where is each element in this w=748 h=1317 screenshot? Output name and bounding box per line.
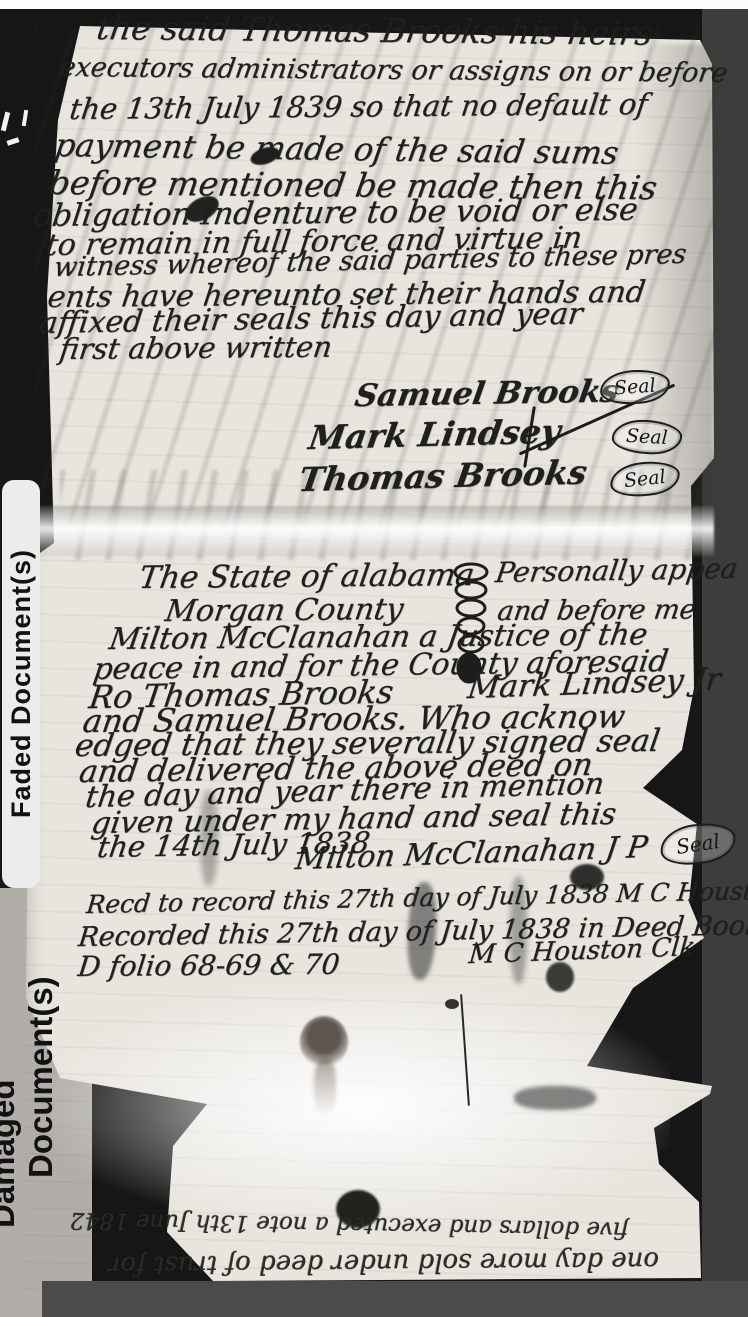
edge-tick-mark <box>1 112 10 132</box>
faded-document-stamp-label: Faded Document(s) <box>6 549 37 818</box>
signature-samuel-brooks: Samuel Brooks <box>352 373 621 414</box>
handwriting-line: Personally appea <box>493 552 740 589</box>
faded-document-stamp: Faded Document(s) <box>2 480 40 888</box>
edge-tick-mark <box>7 137 20 145</box>
handwriting-line: The State of alabama <box>137 557 477 596</box>
ink-blot <box>314 1058 336 1116</box>
handwriting-line: executors administrators or assigns on o… <box>57 52 729 89</box>
paper-fold-crease <box>30 506 714 556</box>
handwriting-line: the 13th July 1839 so that no default of <box>68 87 650 126</box>
handwriting-line: first above written <box>58 330 335 366</box>
ink-spot <box>445 999 459 1009</box>
record-note-line: D folio 68-69 & 70 <box>76 948 341 983</box>
signature-thomas-brooks: Thomas Brooks <box>296 452 589 499</box>
damaged-document-stamp-word1: Damaged <box>0 988 22 1228</box>
scanned-deed-document: the said Thomas Brooks his heirs executo… <box>0 0 748 1317</box>
handwriting-line: the said Thomas Brooks his heirs <box>94 8 655 53</box>
inverted-docket-line: one day more sold under deed of trust fo… <box>108 1246 659 1281</box>
damaged-document-stamp-word2: Document(s) <box>22 948 60 1178</box>
ink-smear <box>514 1086 596 1110</box>
